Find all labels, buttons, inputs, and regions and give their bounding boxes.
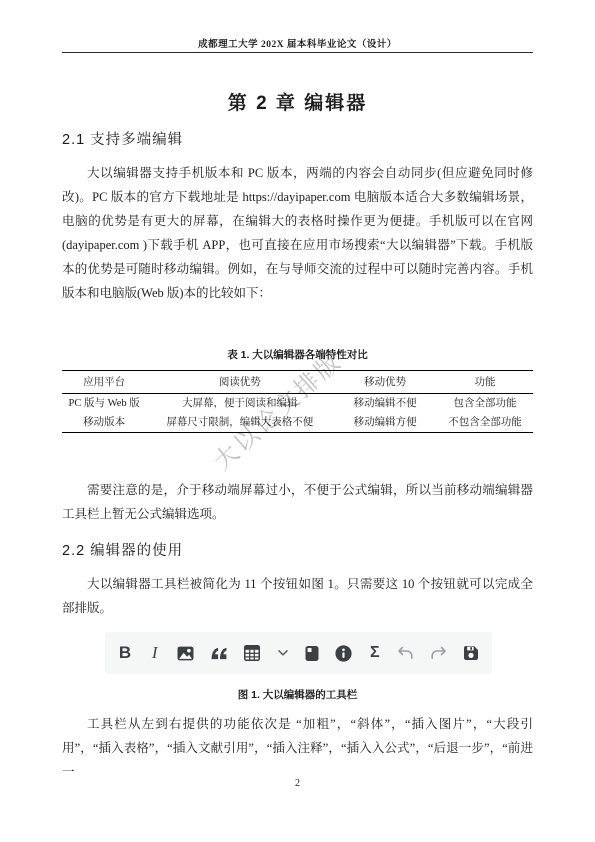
table-cell: 大屏幕，便于阅读和编辑 [146, 394, 333, 414]
table-row-pc-web: PC 版与 Web 版 大屏幕，便于阅读和编辑 移动编辑不便 包含全部功能 [62, 394, 533, 414]
section-heading-2-1: 2.1 支持多端编辑 [62, 128, 533, 149]
table-cell: 屏幕尺寸限制，编辑大表格不便 [146, 413, 333, 433]
redo-icon [430, 643, 447, 663]
blockquote-icon [210, 643, 228, 663]
table-cell: PC 版与 Web 版 [62, 394, 146, 414]
header-rule [62, 52, 533, 53]
italic-icon: I [148, 643, 162, 663]
table-cell: 移动编辑方便 [333, 413, 437, 433]
platform-comparison-table: 应用平台 阅读优势 移动优势 功能 PC 版与 Web 版 大屏幕，便于阅读和编… [62, 370, 533, 433]
paragraph-toolbar-intro: 大以编辑器工具栏被简化为 11 个按钮如图 1。只需要这 10 个按钮就可以完成… [62, 572, 533, 620]
insert-note-icon [335, 643, 352, 663]
insert-table-icon [244, 643, 260, 663]
table-caption: 表 1. 大以编辑器各端特性对比 [62, 347, 533, 362]
figure-caption: 图 1. 大以编辑器的工具栏 [62, 687, 533, 702]
table-cell: 不包含全部功能 [437, 413, 533, 433]
chevron-down-icon [276, 643, 290, 663]
table-header-features: 功能 [437, 371, 533, 394]
table-header-reading: 阅读优势 [146, 371, 333, 394]
section-heading-2-2: 2.2 编辑器的使用 [62, 539, 533, 560]
paragraph-multi-device: 大以编辑器支持手机版本和 PC 版本，两端的内容会自动同步(但应避免同时修改)。… [62, 161, 533, 305]
editor-toolbar-figure: B I [105, 632, 492, 674]
citation-icon [305, 643, 319, 663]
table-header-platform: 应用平台 [62, 371, 146, 394]
table-header-mobility: 移动优势 [333, 371, 437, 394]
paragraph-toolbar-functions: 工具栏从左到右提供的功能依次是 “加粗”，“斜体”，“插入图片”，“大段引用”，… [62, 712, 533, 784]
paragraph-formula-note: 需要注意的是，介于移动端屏幕过小，不便于公式编辑，所以当前移动端编辑器工具栏上暂… [62, 478, 533, 526]
bold-icon: B [118, 643, 132, 663]
running-header: 成都理工大学 202X 届本科毕业论文（设计） [62, 36, 533, 50]
table-cell: 移动版本 [62, 413, 146, 433]
insert-image-icon [177, 643, 194, 663]
undo-icon [397, 643, 414, 663]
table-header-row: 应用平台 阅读优势 移动优势 功能 [62, 371, 533, 394]
chapter-title: 第 2 章 编辑器 [62, 88, 533, 115]
save-icon [463, 643, 479, 663]
formula-icon: Σ [368, 643, 382, 663]
table-row-mobile: 移动版本 屏幕尺寸限制，编辑大表格不便 移动编辑方便 不包含全部功能 [62, 413, 533, 433]
document-page: 成都理工大学 202X 届本科毕业论文（设计） 大以论文排版 第 2 章 编辑器… [0, 0, 595, 842]
table-cell: 移动编辑不便 [333, 394, 437, 414]
table-cell: 包含全部功能 [437, 394, 533, 414]
